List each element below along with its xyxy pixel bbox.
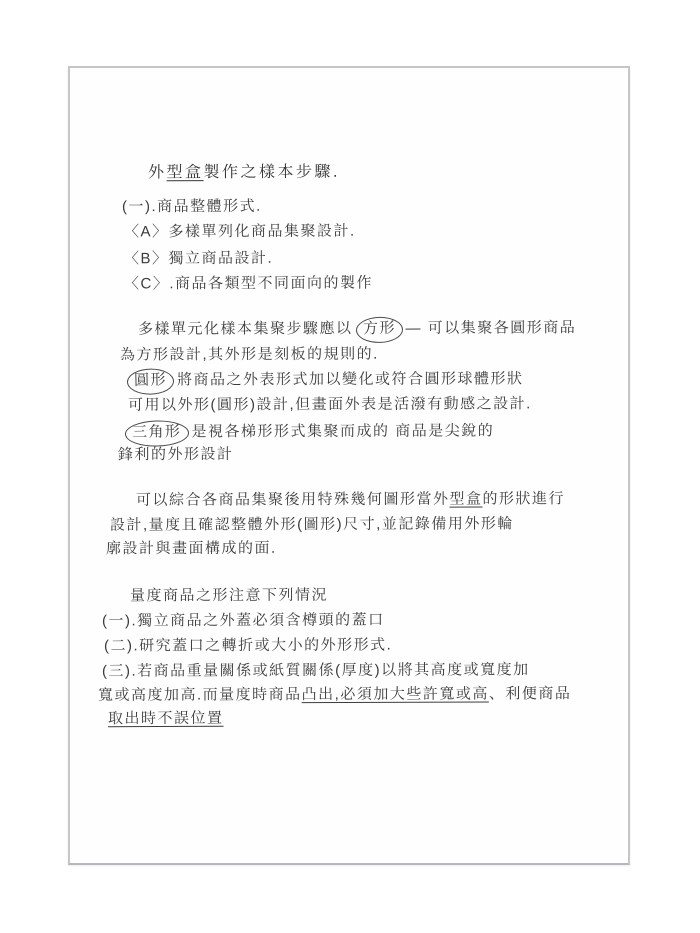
document-title: 外型盒製作之樣本步驟. xyxy=(148,162,340,185)
text-segment: 的形狀進行 xyxy=(482,490,565,507)
text-segment: 量度商品之形注意下列情況 xyxy=(130,587,328,605)
paragraph-square-line-1: 多樣單元化樣本集聚步驟應以方形— 可以集聚各圓形商品 xyxy=(138,316,576,344)
text-segment: 〈B〉獨立商品設計. xyxy=(124,250,273,268)
text-segment: (一).商品整體形式. xyxy=(122,198,262,215)
text-segment: 、利便商品 xyxy=(489,685,572,702)
measure-note-1: (一).獨立商品之外蓋必須含樽頭的蓋口 xyxy=(102,610,385,633)
text-segment: 為方形設計,其外形是刻板的規則的. xyxy=(120,346,379,364)
text-segment: 寬或高度加高.而量度時商品 xyxy=(98,686,302,704)
text-segment: 外 xyxy=(148,164,167,181)
handwritten-content: 外型盒製作之樣本步驟.(一).商品整體形式.〈A〉多樣單列化商品集聚設計.〈B〉… xyxy=(70,68,628,863)
heading-measure-notes: 量度商品之形注意下列情況 xyxy=(130,585,328,608)
text-segment: 是視各梯形形式集聚而成的 商品是尖銳的 xyxy=(191,422,494,440)
text-segment: (二).研究蓋口之轉折或大小的外形形式. xyxy=(104,636,392,654)
list-item-b: 〈B〉獨立商品設計. xyxy=(124,248,273,271)
page-background: 外型盒製作之樣本步驟.(一).商品整體形式.〈A〉多樣單列化商品集聚設計.〈B〉… xyxy=(0,0,700,933)
paragraph-summary-line-1: 可以綜合各商品集聚後用特殊幾何圖形當外型盒的形狀進行 xyxy=(136,488,565,511)
document-sheet: 外型盒製作之樣本步驟.(一).商品整體形式.〈A〉多樣單列化商品集聚設計.〈B〉… xyxy=(68,66,630,865)
text-segment: 型盒 xyxy=(449,491,482,508)
text-segment: 可以綜合各商品集聚後用特殊幾何圖形當外 xyxy=(136,491,450,509)
list-item-a: 〈A〉多樣單列化商品集聚設計. xyxy=(124,221,356,244)
measure-note-3-line-2: 寬或高度加高.而量度時商品凸出,必須加大些許寬或高、利便商品 xyxy=(98,683,571,707)
text-segment: 設計,量度且確認整體外形(圖形)尺寸,並記錄備用外形輪 xyxy=(110,515,514,533)
paragraph-circle-line-1: 圓形將商品之外表形式加以變化或符合圓形球體形狀 xyxy=(124,367,524,394)
paragraph-circle-line-2: 可用以外形(圓形)設計,但畫面外表是活潑有動感之設計. xyxy=(128,393,532,416)
text-segment: 型盒 xyxy=(166,164,203,181)
measure-note-3-line-3: 取出時不誤位置 xyxy=(108,708,224,730)
paragraph-triangle-line-2: 鋒利的外形設計 xyxy=(118,444,234,466)
text-segment: 凸出,必須加大些許寬或高 xyxy=(302,685,489,703)
heading-section-1: (一).商品整體形式. xyxy=(122,196,262,218)
measure-note-2: (二).研究蓋口之轉折或大小的外形形式. xyxy=(104,634,392,657)
text-segment: 可用以外形(圓形)設計,但畫面外表是活潑有動感之設計. xyxy=(128,395,532,413)
list-item-c: 〈C〉.商品各類型不同面向的製作 xyxy=(124,273,373,296)
text-segment: (三).若商品重量關係或紙質關係(厚度)以將其高度或寬度加 xyxy=(102,661,530,679)
measure-note-3-line-1: (三).若商品重量關係或紙質關係(厚度)以將其高度或寬度加 xyxy=(102,659,530,682)
text-segment: (一).獨立商品之外蓋必須含樽頭的蓋口 xyxy=(102,612,385,630)
text-segment: 〈A〉多樣單列化商品集聚設計. xyxy=(124,223,356,241)
text-segment: 取出時不誤位置 xyxy=(108,710,224,727)
text-segment: 多樣單元化樣本集聚步驟應以 xyxy=(138,320,353,338)
text-segment: 鋒利的外形設計 xyxy=(118,446,234,463)
paragraph-summary-line-3: 廓設計與畫面構成的面. xyxy=(106,538,277,561)
text-segment: 廓設計與畫面構成的面. xyxy=(106,540,277,558)
paragraph-triangle-line-1: 三角形是視各梯形形式集聚而成的 商品是尖銳的 xyxy=(122,419,494,446)
text-segment: 製作之樣本步驟. xyxy=(204,164,341,181)
paragraph-summary-line-2: 設計,量度且確認整體外形(圖形)尺寸,並記錄備用外形輪 xyxy=(110,513,514,536)
circled-keyword: 方形 xyxy=(355,316,403,343)
text-segment: 將商品之外表形式加以變化或符合圓形球體形狀 xyxy=(177,370,524,388)
text-segment: — 可以集聚各圓形商品 xyxy=(405,319,576,337)
circled-keyword: 圓形 xyxy=(127,368,175,395)
paragraph-square-line-2: 為方形設計,其外形是刻板的規則的. xyxy=(120,344,379,367)
text-segment: 〈C〉.商品各類型不同面向的製作 xyxy=(124,275,373,293)
